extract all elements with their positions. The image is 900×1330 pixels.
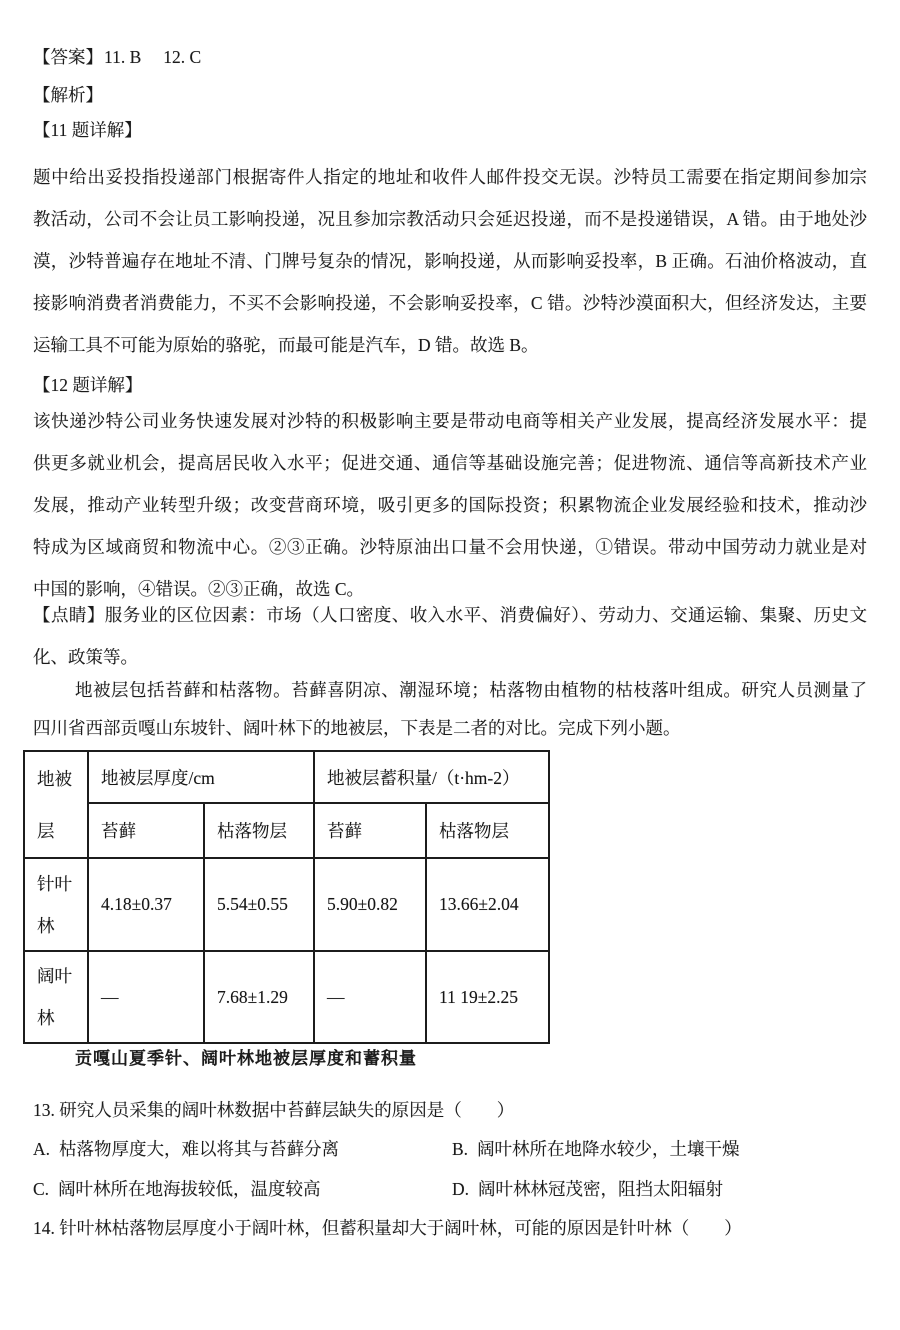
question-13-text: 13. 研究人员采集的阔叶林数据中苔藓层缺失的原因是（ ）	[33, 1089, 514, 1131]
tips-paragraph: 【点睛】服务业的区位因素：市场（人口密度、收入水平、消费偏好）、劳动力、交通运输…	[33, 594, 867, 678]
table-caption: 贡嘎山夏季针、阔叶林地被层厚度和蓄积量	[75, 1047, 417, 1071]
q12-line-4: 特成为区域商贸和物流中心。②③正确。沙特原油出口量不会用快递，①错误。带动中国劳…	[33, 526, 867, 568]
exam-answer-document-page: 【答案】11. B12. C 【解析】 【11 题详解】 题中给出妥投指投递部门…	[0, 0, 900, 1330]
conifer-moss-thickness: 4.18±0.37	[88, 858, 204, 951]
conifer-moss-stock: 5.90±0.82	[314, 858, 426, 951]
q13-option-a-text: 枯落物厚度大，难以将其与苔藓分离	[59, 1139, 339, 1159]
tips-line-1: 【点睛】服务业的区位因素：市场（人口密度、收入水平、消费偏好）、劳动力、交通运输…	[33, 594, 867, 636]
sub-header-moss-thickness: 苔藓	[88, 803, 204, 858]
sub-header-moss-stock: 苔藓	[314, 803, 426, 858]
table-row-broadleaf: 阔叶林 — 7.68±1.29 — 11 19±2.25	[24, 951, 549, 1043]
q11-line-5: 运输工具不可能为原始的骆驼，而最可能是汽车，D 错。故选 B。	[33, 324, 867, 366]
q13-options-row-ab: A.枯落物厚度大，难以将其与苔藓分离 B.阔叶林所在地降水较少，土壤干燥	[33, 1128, 867, 1170]
q13-option-a-label: A.	[33, 1139, 50, 1159]
q13-options-row-cd: C.阔叶林所在地海拔较低，温度较高 D.阔叶林林冠茂密，阻挡太阳辐射	[33, 1168, 867, 1210]
table-sub-header-row: 苔藓 枯落物层 苔藓 枯落物层	[24, 803, 549, 858]
broadleaf-moss-thickness: —	[88, 951, 204, 1043]
intro-line-1: 地被层包括苔藓和枯落物。苔藓喜阴凉、潮湿环境；枯落物由植物的枯枝落叶组成。研究人…	[33, 671, 867, 709]
table-intro-paragraph: 地被层包括苔藓和枯落物。苔藓喜阴凉、潮湿环境；枯落物由植物的枯枝落叶组成。研究人…	[33, 671, 867, 747]
corner-label: 地被层	[37, 753, 77, 857]
q12-line-2: 供更多就业机会，提高居民收入水平；促进交通、通信等基础设施完善；促进物流、通信等…	[33, 442, 867, 484]
q13-option-c-text: 阔叶林所在地海拔较低，温度较高	[58, 1179, 321, 1199]
conifer-litter-stock: 13.66±2.04	[426, 858, 549, 951]
q13-option-b-label: B.	[452, 1139, 468, 1159]
q13-option-a: A.枯落物厚度大，难以将其与苔藓分离	[33, 1139, 339, 1159]
q11-line-3: 漠，沙特普遍存在地址不清、门牌号复杂的情况，影响投递，从而影响妥投率，B 正确。…	[33, 240, 867, 282]
table-group-header-row: 地被层 地被层厚度/cm 地被层蓄积量/（t·hm-2）	[24, 751, 549, 803]
broadleaf-moss-stock: —	[314, 951, 426, 1043]
row-label-broadleaf: 阔叶林	[24, 951, 88, 1043]
q11-line-4: 接影响消费者消费能力，不买不会影响投递，不会影响妥投率，C 错。沙特沙漠面积大，…	[33, 282, 867, 324]
row-label-conifer: 针叶林	[24, 858, 88, 951]
intro-line-2: 四川省西部贡嘎山东坡针、阔叶林下的地被层，下表是二者的对比。完成下列小题。	[33, 709, 867, 747]
q13-option-d-label: D.	[452, 1179, 469, 1199]
q13-option-b: B.阔叶林所在地降水较少，土壤干燥	[452, 1128, 740, 1170]
broadleaf-litter-stock: 11 19±2.25	[426, 951, 549, 1043]
thickness-group-header: 地被层厚度/cm	[88, 751, 314, 803]
q13-option-c: C.阔叶林所在地海拔较低，温度较高	[33, 1179, 321, 1199]
q13-option-c-label: C.	[33, 1179, 49, 1199]
stock-group-header: 地被层蓄积量/（t·hm-2）	[314, 751, 549, 803]
q12-paragraph: 该快递沙特公司业务快速发展对沙特的积极影响主要是带动电商等相关产业发展，提高经济…	[33, 400, 867, 610]
q11-heading: 【11 题详解】	[33, 109, 867, 151]
answer-item-12: 12. C	[163, 47, 201, 67]
q11-line-1: 题中给出妥投指投递部门根据寄件人指定的地址和收件人邮件投交无误。沙特员工需要在指…	[33, 156, 867, 198]
broadleaf-label-text: 阔叶林	[37, 955, 77, 1039]
q13-option-d: D.阔叶林林冠茂密，阻挡太阳辐射	[452, 1168, 723, 1210]
ground-cover-data-table: 地被层 地被层厚度/cm 地被层蓄积量/（t·hm-2） 苔藓 枯落物层 苔藓 …	[23, 750, 550, 1044]
answer-line: 【答案】11. B12. C	[33, 36, 867, 78]
answer-item-11: 11. B	[104, 47, 141, 67]
conifer-litter-thickness: 5.54±0.55	[204, 858, 314, 951]
q11-line-2: 教活动，公司不会让员工影响投递，况且参加宗教活动只会延迟投递，而不是投递错误，A…	[33, 198, 867, 240]
sub-header-litter-thickness: 枯落物层	[204, 803, 314, 858]
table-corner-cell: 地被层	[24, 751, 88, 858]
broadleaf-litter-thickness: 7.68±1.29	[204, 951, 314, 1043]
question-14-text: 14. 针叶林枯落物层厚度小于阔叶林，但蓄积量却大于阔叶林，可能的原因是针叶林（…	[33, 1207, 742, 1249]
conifer-label-text: 针叶林	[37, 863, 77, 947]
q11-paragraph: 题中给出妥投指投递部门根据寄件人指定的地址和收件人邮件投交无误。沙特员工需要在指…	[33, 156, 867, 366]
table-row-conifer: 针叶林 4.18±0.37 5.54±0.55 5.90±0.82 13.66±…	[24, 858, 549, 951]
q12-line-1: 该快递沙特公司业务快速发展对沙特的积极影响主要是带动电商等相关产业发展，提高经济…	[33, 400, 867, 442]
q13-option-d-text: 阔叶林林冠茂密，阻挡太阳辐射	[478, 1179, 723, 1199]
answer-tag: 【答案】	[33, 47, 103, 67]
q12-line-3: 发展，推动产业转型升级；改变营商环境，吸引更多的国际投资；积累物流企业发展经验和…	[33, 484, 867, 526]
q13-option-b-text: 阔叶林所在地降水较少，土壤干燥	[477, 1139, 740, 1159]
sub-header-litter-stock: 枯落物层	[426, 803, 549, 858]
